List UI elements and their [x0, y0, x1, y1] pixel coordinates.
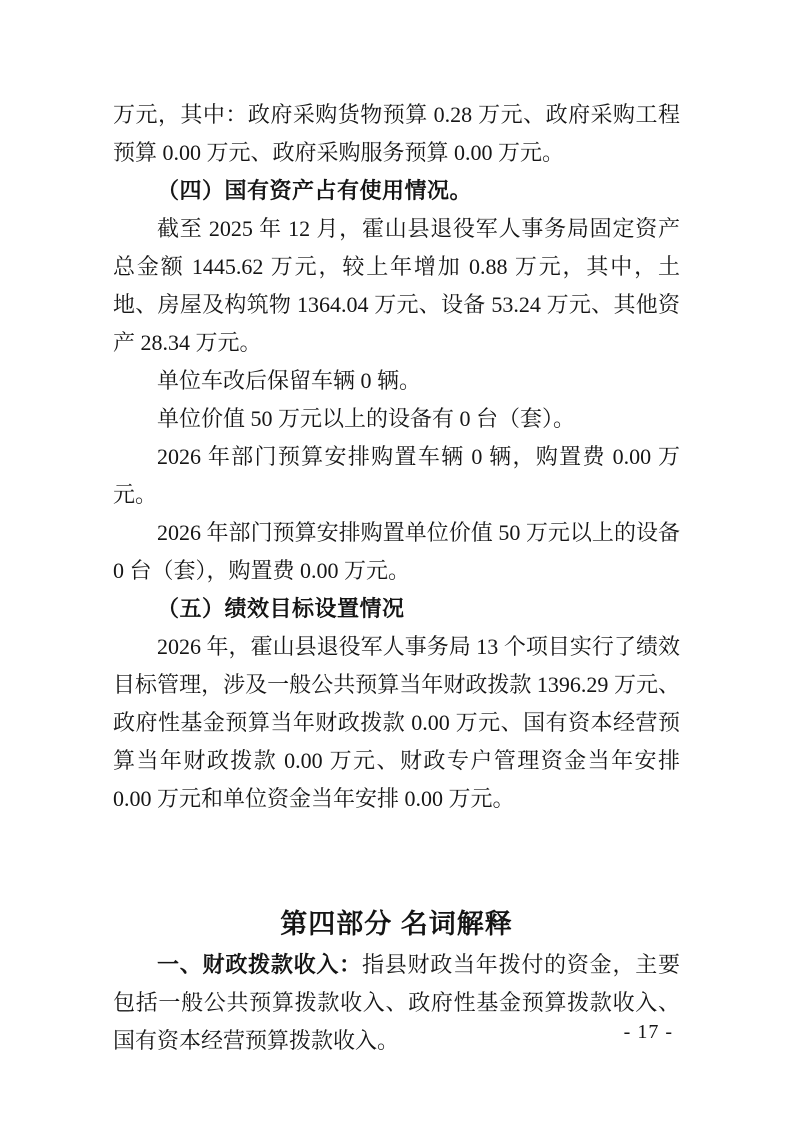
page-number: - 17 -: [624, 1020, 673, 1044]
paragraph-performance-management: 2026 年，霍山县退役军人事务局 13 个项目实行了绩效目标管理，涉及一般公共…: [113, 628, 680, 818]
document-body: 万元，其中：政府采购货物预算 0.28 万元、政府采购工程预算 0.00 万元、…: [113, 96, 680, 1060]
term-lead-label: 一、财政拨款收入：: [157, 952, 362, 977]
paragraph-term-fiscal-appropriation: 一、财政拨款收入：指县财政当年拨付的资金，主要包括一般公共预算拨款收入、政府性基…: [113, 946, 680, 1060]
paragraph-retained-vehicles: 单位车改后保留车辆 0 辆。: [113, 362, 680, 400]
heading-state-assets: （四）国有资产占有使用情况。: [113, 172, 680, 210]
paragraph-2026-equipment-purchase: 2026 年部门预算安排购置单位价值 50 万元以上的设备 0 台（套），购置费…: [113, 514, 680, 590]
paragraph-procurement-continuation: 万元，其中：政府采购货物预算 0.28 万元、政府采购工程预算 0.00 万元、…: [113, 96, 680, 172]
part-four-title: 第四部分 名词解释: [113, 902, 680, 946]
document-page: 万元，其中：政府采购货物预算 0.28 万元、政府采购工程预算 0.00 万元、…: [0, 0, 793, 1122]
paragraph-equipment-over-500k: 单位价值 50 万元以上的设备有 0 台（套）。: [113, 400, 680, 438]
paragraph-fixed-assets: 截至 2025 年 12 月，霍山县退役军人事务局固定资产总金额 1445.62…: [113, 210, 680, 362]
paragraph-2026-vehicle-purchase: 2026 年部门预算安排购置车辆 0 辆，购置费 0.00 万元。: [113, 438, 680, 514]
heading-performance-targets: （五）绩效目标设置情况: [113, 590, 680, 628]
